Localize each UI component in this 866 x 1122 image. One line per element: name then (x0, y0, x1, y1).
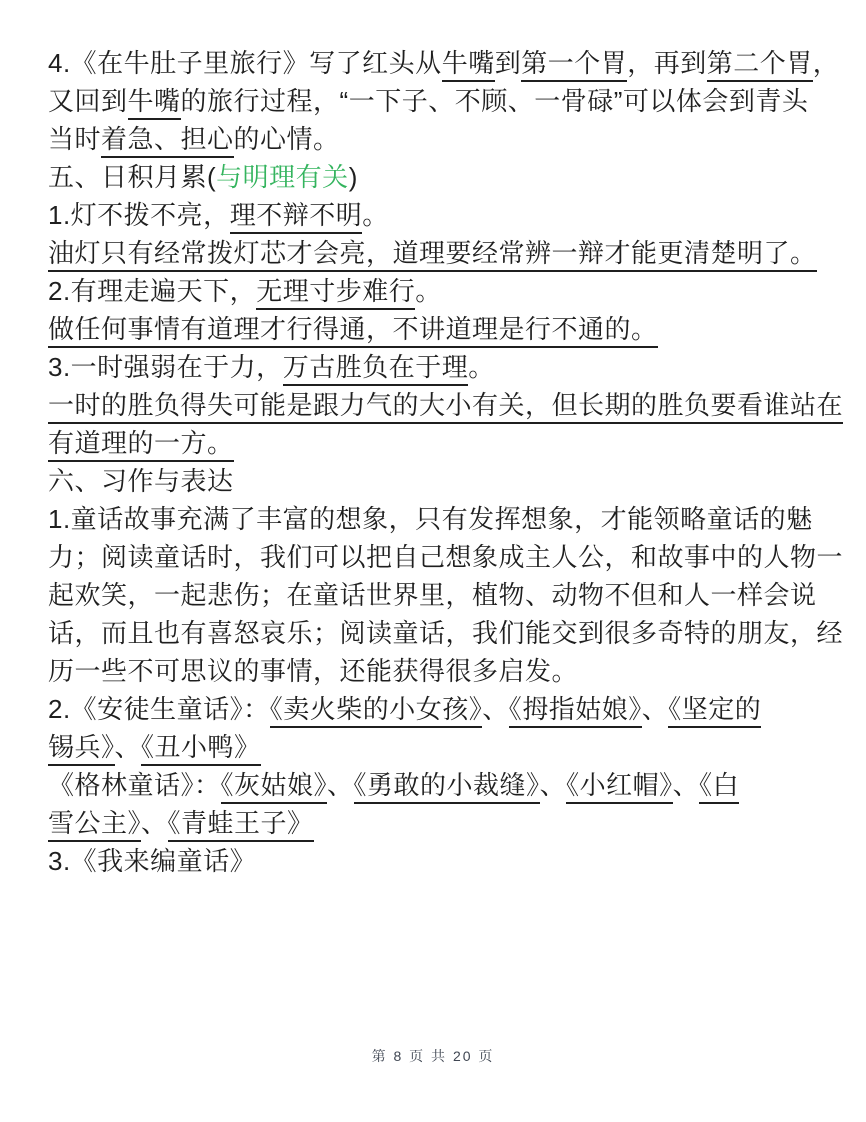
underlined-text: 牛嘴 (442, 48, 495, 82)
text-segment: 、 (673, 770, 700, 800)
underlined-text: 雪公主》 (48, 808, 141, 842)
underlined-text: 锡兵》 (48, 732, 115, 766)
text-line: 有道理的一方。 (48, 424, 824, 462)
underlined-text: 油灯只有经常拨灯芯才会亮，道理要经常辨一辩才能更清楚明了。 (48, 238, 817, 272)
underlined-text: 第一个胃 (521, 48, 627, 82)
text-line: 话，而且也有喜怒哀乐；阅读童话，我们能交到很多奇特的朋友，经 (48, 614, 824, 652)
text-segment: 4.《在牛肚子里旅行》写了红头从 (48, 48, 442, 78)
text-line: 4.《在牛肚子里旅行》写了红头从牛嘴到第一个胃，再到第二个胃， (48, 44, 824, 82)
text-segment: 1.灯不拨不亮， (48, 200, 230, 230)
document-body: 4.《在牛肚子里旅行》写了红头从牛嘴到第一个胃，再到第二个胃，又回到牛嘴的旅行过… (48, 44, 824, 880)
underlined-text: 《卖火柴的小女孩》 (270, 694, 483, 728)
underlined-text: 无理寸步难行 (256, 276, 415, 310)
text-segment: ) (349, 162, 358, 192)
text-line: 五、日积月累(与明理有关) (48, 158, 824, 196)
text-line: 1.童话故事充满了丰富的想象，只有发挥想象，才能领略童话的魅 (48, 500, 824, 538)
text-segment: 六、习作与表达 (48, 466, 234, 496)
underlined-text: 《青蛙王子》 (168, 808, 314, 842)
text-line: 历一些不可思议的事情，还能获得很多启发。 (48, 652, 824, 690)
page-number-text: 第 8 页 共 20 页 (372, 1048, 495, 1064)
text-segment: 1.童话故事充满了丰富的想象，只有发挥想象，才能领略童话的魅 (48, 504, 813, 534)
text-segment: 2.有理走遍天下， (48, 276, 256, 306)
underlined-text: 《坚定的 (668, 694, 761, 728)
text-segment: 的旅行过程，“一下子、不顾、一骨碌”可以体会到青头 (181, 86, 809, 116)
text-segment: 、 (540, 770, 567, 800)
text-segment: 3.一时强弱在于力， (48, 352, 283, 382)
text-segment: 。 (415, 276, 442, 306)
text-segment: 到 (495, 48, 522, 78)
text-segment: 五、日积月累( (48, 162, 216, 192)
text-segment: 。 (468, 352, 495, 382)
text-segment: 、 (141, 808, 168, 838)
text-line: 1.灯不拨不亮，理不辩不明。 (48, 196, 824, 234)
text-segment: 、 (482, 694, 509, 724)
text-line: 雪公主》、《青蛙王子》 (48, 804, 824, 842)
text-line: 锡兵》、《丑小鸭》 (48, 728, 824, 766)
green-highlight-text: 与明理有关 (216, 162, 349, 192)
text-segment: 《格林童话》： (48, 770, 221, 800)
underlined-text: 《拇指姑娘》 (509, 694, 642, 728)
text-line: 油灯只有经常拨灯芯才会亮，道理要经常辨一辩才能更清楚明了。 (48, 234, 824, 272)
text-line: 起欢笑，一起悲伤；在童话世界里，植物、动物不但和人一样会说 (48, 576, 824, 614)
text-line: 一时的胜负得失可能是跟力气的大小有关，但长期的胜负要看谁站在 (48, 386, 824, 424)
text-segment: 力；阅读童话时，我们可以把自己想象成主人公，和故事中的人物一 (48, 542, 843, 572)
text-segment: 、 (642, 694, 669, 724)
text-segment: 话，而且也有喜怒哀乐；阅读童话，我们能交到很多奇特的朋友，经 (48, 618, 843, 648)
text-line: 又回到牛嘴的旅行过程，“一下子、不顾、一骨碌”可以体会到青头 (48, 82, 824, 120)
underlined-text: 万古胜负在于理 (283, 352, 469, 386)
underlined-text: 一时的胜负得失可能是跟力气的大小有关，但长期的胜负要看谁站在 (48, 390, 843, 424)
text-segment: 起欢笑，一起悲伤；在童话世界里，植物、动物不但和人一样会说 (48, 580, 817, 610)
underlined-text: 《白 (699, 770, 739, 804)
text-line: 2.《安徒生童话》：《卖火柴的小女孩》、《拇指姑娘》、《坚定的 (48, 690, 824, 728)
text-segment: 3.《我来编童话》 (48, 846, 256, 876)
underlined-text: 着急、担心 (101, 124, 234, 158)
text-line: 做任何事情有道理才行得通，不讲道理是行不通的。 (48, 310, 824, 348)
text-line: 2.有理走遍天下，无理寸步难行。 (48, 272, 824, 310)
text-segment: 历一些不可思议的事情，还能获得很多启发。 (48, 656, 578, 686)
underlined-text: 做任何事情有道理才行得通，不讲道理是行不通的。 (48, 314, 658, 348)
underlined-text: 《小红帽》 (566, 770, 673, 804)
text-segment: ，再到 (627, 48, 707, 78)
text-line: 3.《我来编童话》 (48, 842, 824, 880)
text-line: 《格林童话》：《灰姑娘》、《勇敢的小裁缝》、《小红帽》、《白 (48, 766, 824, 804)
underlined-text: 《灰姑娘》 (221, 770, 328, 804)
underlined-text: 《丑小鸭》 (141, 732, 261, 766)
underlined-text: 理不辩不明 (230, 200, 363, 234)
underlined-text: 有道理的一方。 (48, 428, 234, 462)
text-segment: 当时 (48, 124, 101, 154)
text-segment: ， (813, 48, 840, 78)
text-segment: 、 (327, 770, 354, 800)
text-segment: 。 (362, 200, 389, 230)
underlined-text: 牛嘴 (128, 86, 181, 120)
text-segment: 2.《安徒生童话》： (48, 694, 270, 724)
page-footer: 第 8 页 共 20 页 (0, 1046, 866, 1066)
text-line: 3.一时强弱在于力，万古胜负在于理。 (48, 348, 824, 386)
underlined-text: 第二个胃 (707, 48, 813, 82)
text-segment: 、 (115, 732, 142, 762)
text-segment: 的心情。 (234, 124, 340, 154)
text-segment: 又回到 (48, 86, 128, 116)
document-page: 4.《在牛肚子里旅行》写了红头从牛嘴到第一个胃，再到第二个胃，又回到牛嘴的旅行过… (0, 0, 866, 1122)
text-line: 力；阅读童话时，我们可以把自己想象成主人公，和故事中的人物一 (48, 538, 824, 576)
text-line: 当时着急、担心的心情。 (48, 120, 824, 158)
text-line: 六、习作与表达 (48, 462, 824, 500)
underlined-text: 《勇敢的小裁缝》 (354, 770, 540, 804)
